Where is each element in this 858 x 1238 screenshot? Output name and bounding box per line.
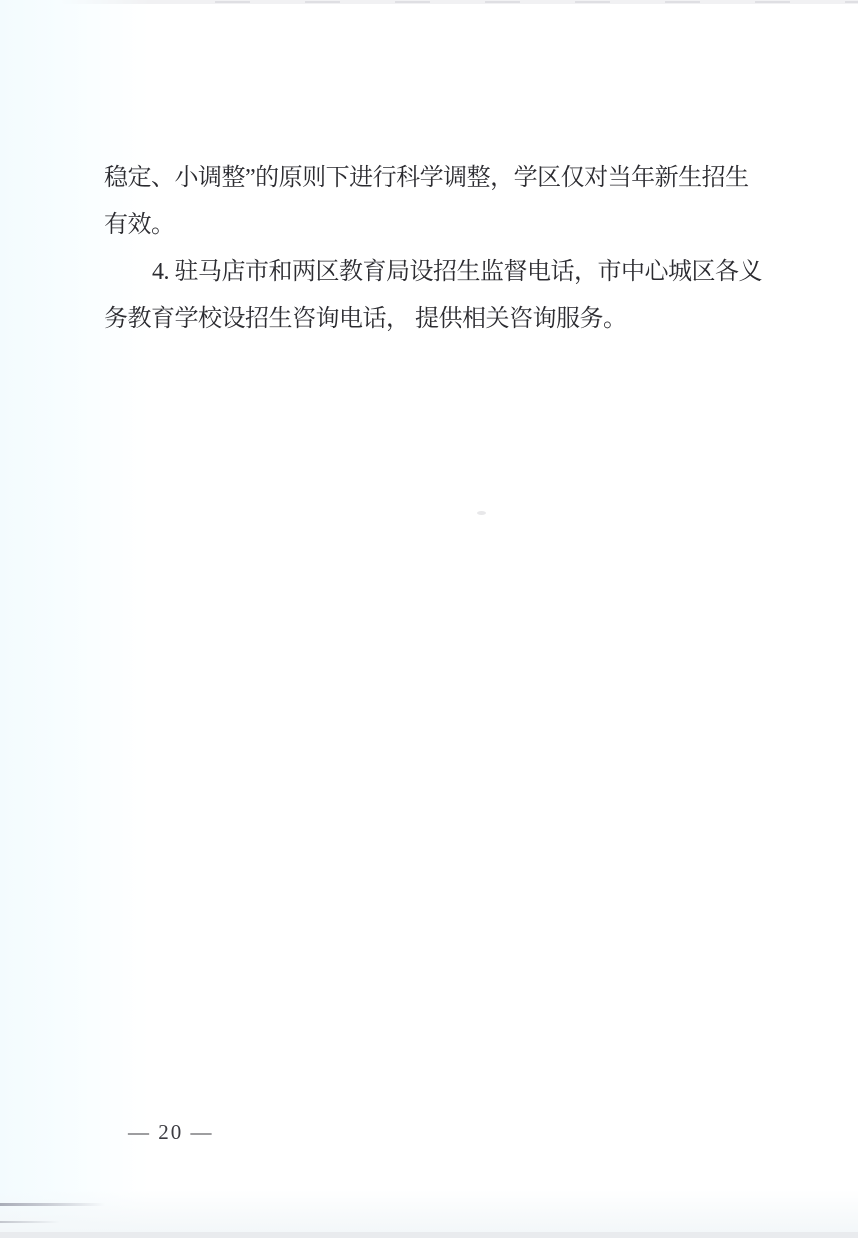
page-number: — 20 — (128, 1120, 214, 1145)
scan-edge-top (0, 0, 858, 4)
scan-artifact-line-2 (0, 1221, 60, 1223)
scanned-document-page: 稳定、小调整”的原则下进行科学调整，学区仅对当年新生招生 有效。 4. 驻马店市… (0, 0, 858, 1238)
scan-shadow-bottom (0, 1190, 858, 1232)
scan-smudge-mark (477, 511, 486, 515)
scan-edge-top-segments (160, 1, 858, 3)
paragraph-1-line-1: 稳定、小调整”的原则下进行科学调整，学区仅对当年新生招生 (104, 164, 749, 193)
paragraph-2-line-2: 务教育学校设招生咨询电话， 提供相关咨询服务。 (104, 305, 627, 334)
paragraph-2-line-1: 4. 驻马店市和两区教育局设招生监督电话，市中心城区各义 (152, 258, 762, 287)
paragraph-1-line-2: 有效。 (104, 211, 175, 240)
scan-edge-bottom (0, 1232, 858, 1238)
scan-artifact-line-1 (0, 1203, 105, 1206)
